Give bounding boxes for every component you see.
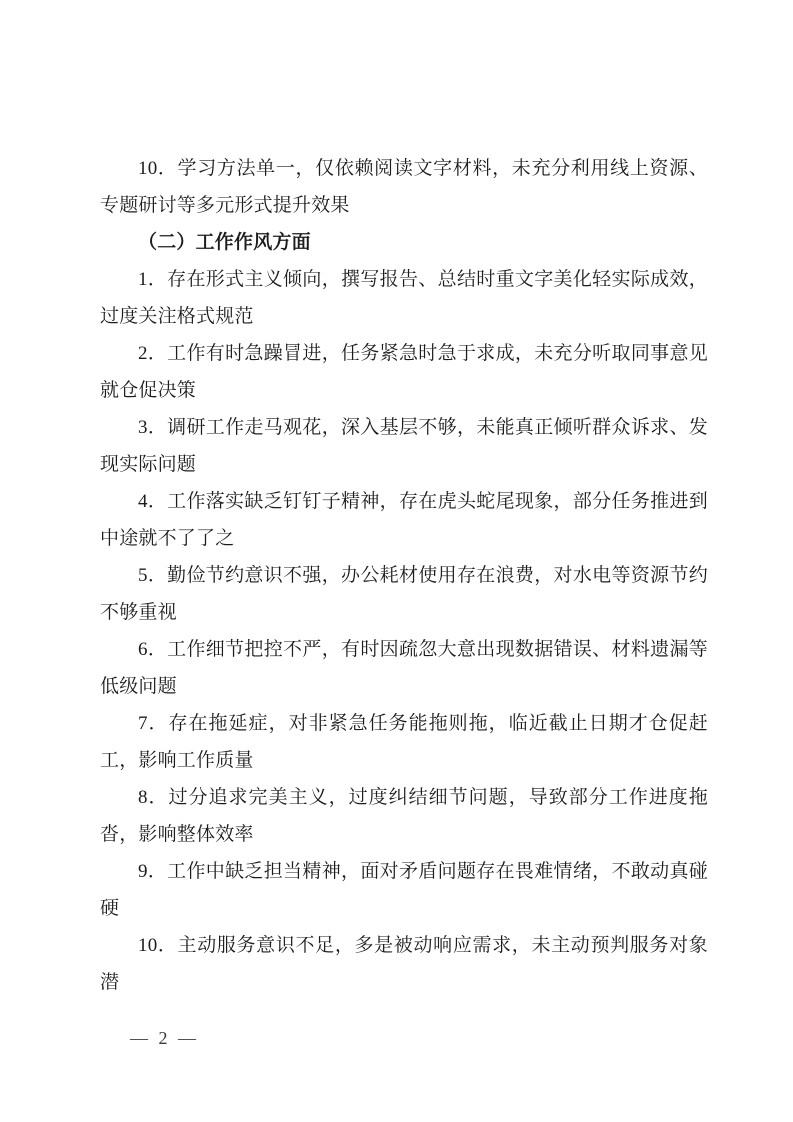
list-item: 8．过分追求完美主义，过度纠结细节问题，导致部分工作进度拖沓，影响整体效率 <box>100 779 708 853</box>
document-body: 10．学习方法单一，仅依赖阅读文字材料，未充分利用线上资源、专题研讨等多元形式提… <box>100 150 708 1001</box>
list-item: 10．学习方法单一，仅依赖阅读文字材料，未充分利用线上资源、专题研讨等多元形式提… <box>100 150 708 224</box>
list-item: 10．主动服务意识不足，多是被动响应需求，未主动预判服务对象潜 <box>100 927 708 1001</box>
list-item: 5．勤俭节约意识不强，办公耗材使用存在浪费，对水电等资源节约不够重视 <box>100 557 708 631</box>
list-item: 1．存在形式主义倾向，撰写报告、总结时重文字美化轻实际成效，过度关注格式规范 <box>100 261 708 335</box>
list-item: 9．工作中缺乏担当精神，面对矛盾问题存在畏难情绪，不敢动真碰硬 <box>100 853 708 927</box>
document-page: 10．学习方法单一，仅依赖阅读文字材料，未充分利用线上资源、专题研讨等多元形式提… <box>0 0 793 1122</box>
list-item: 2．工作有时急躁冒进，任务紧急时急于求成，未充分听取同事意见就仓促决策 <box>100 335 708 409</box>
page-number: — 2 — <box>130 1026 199 1050</box>
list-item: 7．存在拖延症，对非紧急任务能拖则拖，临近截止日期才仓促赶工，影响工作质量 <box>100 705 708 779</box>
list-item: 4．工作落实缺乏钉钉子精神，存在虎头蛇尾现象，部分任务推进到中途就不了了之 <box>100 483 708 557</box>
list-item: 6．工作细节把控不严，有时因疏忽大意出现数据错误、材料遗漏等低级问题 <box>100 631 708 705</box>
section-heading: （二）工作作风方面 <box>100 224 708 261</box>
list-item: 3．调研工作走马观花，深入基层不够，未能真正倾听群众诉求、发现实际问题 <box>100 409 708 483</box>
